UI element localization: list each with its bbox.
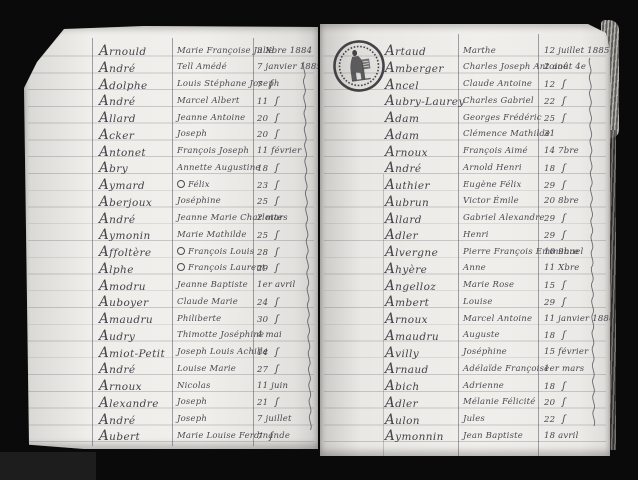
given-names: Joseph [177,414,207,424]
record-date: 11 Xbre [544,263,580,273]
surname: Arnould [99,43,147,59]
given-names: Eugène Félix [463,180,521,190]
record-date: 11 [257,96,279,107]
ditto-squiggle-icon [562,79,566,90]
surname: Allard [385,211,422,227]
given-names: Adélaïde Françoise [463,364,549,374]
register-row: Avilly Joséphine 15 février [320,344,610,361]
register-row: Abich Adrienne 18 [320,377,610,394]
ditto-squiggle-icon [562,297,566,308]
given-names: Clémence Mathilde [463,129,550,139]
register-row: Arnoux François Aimé 14 7bre [320,143,610,160]
surname: Alvergne [385,244,438,260]
record-date: 20 [257,113,279,124]
register-row: Alvergne Pierre François Emmanuel 10 9br… [320,243,610,260]
given-names: Anne [463,263,486,273]
surname: André [99,60,135,76]
given-names: Arnold Henri [463,163,522,173]
circled-mark-icon [177,263,185,271]
register-row: Arnaud Adélaïde Françoise 1er mars [320,360,610,377]
given-names: Victor Émile [463,196,519,206]
record-date: 1er avril [257,280,295,290]
surname: Audry [99,328,135,344]
given-names: François Laurent [177,263,266,273]
scan-bottom-shadow [0,452,96,480]
ditto-squiggle-icon [562,163,566,174]
register-page-left: Arnould Marie Françoise Julie 3 Xbre 188… [24,26,318,449]
register-row: André Jeanne Marie Charlotte 2 mars [24,210,318,227]
given-names: Henri [463,230,489,240]
ditto-squiggle-icon [562,180,566,191]
ditto-squiggle-icon [275,314,279,325]
surname: Affoltère [99,244,151,260]
record-date: 25 [257,196,279,207]
surname: Arnoux [385,144,428,160]
record-date: 29 [544,180,566,191]
record-date: 29 [544,297,566,308]
ditto-squiggle-icon [562,330,566,341]
ditto-squiggle-icon [275,263,279,274]
register-row: Authier Eugène Félix 29 [320,176,610,193]
given-names: Claude Marie [177,297,238,307]
ditto-squiggle-icon [562,96,566,107]
record-date: 22 [544,414,566,425]
given-names: Marcel Antoine [463,314,532,324]
ditto-squiggle-icon [275,113,279,124]
surname: Ahyère [385,261,427,277]
ditto-squiggle-icon [275,347,279,358]
register-row: Amiot-Petit Joseph Louis Achille 14 [24,344,318,361]
record-date: 20 8bre [544,196,579,206]
given-names: Louise [463,297,493,307]
surname: Aymonnin [385,428,444,444]
register-row: Aulon Jules 22 [320,411,610,428]
register-row: Aymonin Marie Mathilde 25 [24,226,318,243]
given-names: Marie Mathilde [177,230,247,240]
register-row: Alphe François Laurent 29 [24,260,318,277]
register-row: Affoltère François Louis 28 [24,243,318,260]
record-date: 22 [544,96,566,107]
record-date: 20 [257,129,279,140]
given-names: Tell Amédé [177,62,227,72]
ditto-squiggle-icon [275,196,279,207]
record-date: 11 janvier 1886 [544,314,615,324]
given-names: François Louis [177,247,254,257]
record-date: 14 7bre [544,146,579,156]
given-names: Georges Frédéric [463,113,542,123]
register-row: Ambert Louise 29 [320,293,610,310]
register-row: Amaudru Philiberte 30 [24,310,318,327]
record-date: 25 [544,113,566,124]
register-row: Amodru Jeanne Baptiste 1er avril [24,277,318,294]
register-row: Audry Thimotte Joséphine 4 mai [24,327,318,344]
surname: Abry [99,160,128,176]
record-date: 2 mars [257,213,288,223]
register-row: André Marcel Albert 11 [24,92,318,109]
given-names: Philiberte [177,314,221,324]
given-names: François Joseph [177,146,249,156]
given-names: Jeanne Baptiste [177,280,248,290]
record-date: 30 [257,314,279,325]
register-row: André Joseph 7 juillet [24,411,318,428]
ditto-squiggle-icon [562,113,566,124]
surname: Adler [385,227,418,243]
register-row: Aymonnin Jean Baptiste 18 avril [320,427,610,444]
register-row: Alexandre Joseph 21 [24,394,318,411]
given-names: Joseph [177,129,207,139]
given-names: Nicolas [177,381,211,391]
given-names: Jeanne Antoine [177,113,245,123]
surname: Adolphe [99,77,148,93]
given-names: Charles Gabriel [463,96,534,106]
record-date: 3 Xbre 1884 [257,46,312,56]
record-date: 7 [257,79,273,90]
ditto-squiggle-icon [275,297,279,308]
record-date: 29 [544,230,566,241]
surname: Amodru [99,278,146,294]
given-names: Auguste [463,330,500,340]
surname: Amaudru [99,311,153,327]
record-date: 14 [257,347,279,358]
register-row: Allard Gabriel Alexandre 29 [320,210,610,227]
surname: Acker [99,127,134,143]
ditto-squiggle-icon [562,280,566,291]
given-names: Joseph [177,397,207,407]
given-names: Marthe [463,46,496,56]
given-names: Louise Marie [177,364,236,374]
ditto-squiggle-icon [562,381,566,392]
ditto-squiggle-icon [275,180,279,191]
record-date: 31 [544,129,555,139]
record-date: 18 [257,163,279,174]
register-row: Abry Annette Augustine 18 [24,159,318,176]
register-row: Aubert Marie Louise Ferdinande 7 [24,427,318,444]
record-date: 4 mai [257,330,282,340]
record-date: 11 juin [257,381,288,391]
ditto-squiggle-icon [270,79,274,90]
ditto-squiggle-icon [275,247,279,258]
record-date: 24 [257,297,279,308]
surname: Adam [385,127,419,143]
record-date: 7 janvier 1885 [257,62,322,72]
surname: Authier [385,177,430,193]
given-names: Marcel Albert [177,96,239,106]
given-names: Félix [177,180,210,190]
record-date: 15 [544,280,566,291]
surname: Auboyer [99,294,149,310]
given-names: Thimotte Joséphine [177,330,264,340]
surname: Amiot-Petit [99,345,165,361]
register-row: André Louise Marie 27 [24,360,318,377]
register-row: Arnoux Nicolas 11 juin [24,377,318,394]
ditto-squiggle-icon [562,414,566,425]
register-row: Adolphe Louis Stéphane Joseph 7 [24,76,318,93]
surname: André [99,361,135,377]
register-row: Aubry-Laurey Charles Gabriel 22 [320,92,610,109]
ditto-squiggle-icon [275,129,279,140]
surname: Aulon [385,412,420,428]
surname: Antonet [99,144,146,160]
record-date: 29 [544,213,566,224]
surname: Adler [385,395,418,411]
record-date: 18 avril [544,431,579,441]
surname: Aymonin [99,227,151,243]
register-row: Adam Georges Frédéric 25 [320,109,610,126]
surname: Artaud [385,43,426,59]
record-date: 18 [544,163,566,174]
record-date: 10 9bre [544,247,579,257]
given-names: Joséphine [177,196,221,206]
given-names: Gabriel Alexandre [463,213,545,223]
record-date: 20 [544,397,566,408]
ditto-squiggle-icon [275,163,279,174]
surname: Amberger [385,60,444,76]
ditto-squiggle-icon [275,397,279,408]
given-names: Joseph Louis Achille [177,347,268,357]
record-date: 2 août 4e [544,62,586,72]
given-names: Jules [463,414,485,424]
record-date: 18 [544,330,566,341]
register-row: André Arnold Henri 18 [320,159,610,176]
surname: Aberjoux [99,194,152,210]
ditto-squiggle-icon [275,96,279,107]
register-row: Aymard Félix 23 [24,176,318,193]
ditto-squiggle-icon [275,230,279,241]
record-date: 28 [257,247,279,258]
surname: André [99,93,135,109]
given-names: Adrienne [463,381,504,391]
surname: André [99,412,135,428]
surname: Ambert [385,294,429,310]
ditto-squiggle-icon [275,364,279,375]
given-names: Jean Baptiste [463,431,523,441]
given-names: Mélanie Félicité [463,397,535,407]
register-row: Antonet François Joseph 11 février [24,143,318,160]
record-date: 23 [257,180,279,191]
given-names: Annette Augustine [177,163,261,173]
record-date: 7 [257,431,273,442]
surname: Aubrun [385,194,429,210]
surname: Allard [99,110,136,126]
record-date: 29 [257,263,279,274]
register-row: Acker Joseph 20 [24,126,318,143]
register-row: Adler Mélanie Félicité 20 [320,394,610,411]
register-row: Arnoux Marcel Antoine 11 janvier 1886 [320,310,610,327]
surname: Arnoux [99,378,142,394]
surname: Arnoux [385,311,428,327]
register-row: Aberjoux Joséphine 25 [24,193,318,210]
surname: Alphe [99,261,134,277]
surname: Abich [385,378,419,394]
record-date: 27 [257,364,279,375]
surname: André [99,211,135,227]
record-date: 11 février [257,146,301,156]
register-row: Allard Jeanne Antoine 20 [24,109,318,126]
record-date: 12 juillet 1885 [544,46,610,56]
surname: Aubert [99,428,140,444]
circled-mark-icon [177,247,185,255]
register-row: Arnould Marie Françoise Julie 3 Xbre 188… [24,42,318,59]
ditto-squiggle-icon [562,213,566,224]
surname: Adam [385,110,419,126]
record-date: 25 [257,230,279,241]
record-date: 12 [544,79,566,90]
register-row: André Tell Amédé 7 janvier 1885 [24,59,318,76]
register-row: Adler Henri 29 [320,226,610,243]
register-row: Angelloz Marie Rose 15 [320,277,610,294]
ditto-squiggle-icon [562,397,566,408]
surname: Arnaud [385,361,429,377]
official-stamp-icon [331,38,387,94]
record-date: 21 [257,397,279,408]
surname: André [385,160,421,176]
given-names: Claude Antoine [463,79,532,89]
circled-mark-icon [177,180,185,188]
entry-rows: Arnould Marie Françoise Julie 3 Xbre 188… [24,26,318,449]
register-row: Adam Clémence Mathilde 31 [320,126,610,143]
given-names: François Aimé [463,146,528,156]
surname: Ancel [385,77,419,93]
register-row: Aubrun Victor Émile 20 8bre [320,193,610,210]
surname: Aymard [99,177,145,193]
register-row: Auboyer Claude Marie 24 [24,293,318,310]
given-names: Marie Rose [463,280,514,290]
record-date: 1er mars [544,364,584,374]
surname: Aubry-Laurey [385,93,465,109]
record-date: 18 [544,381,566,392]
scanned-book-spread: Arnould Marie Françoise Julie 3 Xbre 188… [0,0,638,480]
given-names: Joséphine [463,347,507,357]
surname: Avilly [385,345,419,361]
surname: Amaudru [385,328,439,344]
record-date: 15 février [544,347,588,357]
surname: Angelloz [385,278,436,294]
ditto-squiggle-icon [270,431,274,442]
record-date: 7 juillet [257,414,292,424]
surname: Alexandre [99,395,159,411]
register-row: Ahyère Anne 11 Xbre [320,260,610,277]
register-row: Amaudru Auguste 18 [320,327,610,344]
ditto-squiggle-icon [562,230,566,241]
